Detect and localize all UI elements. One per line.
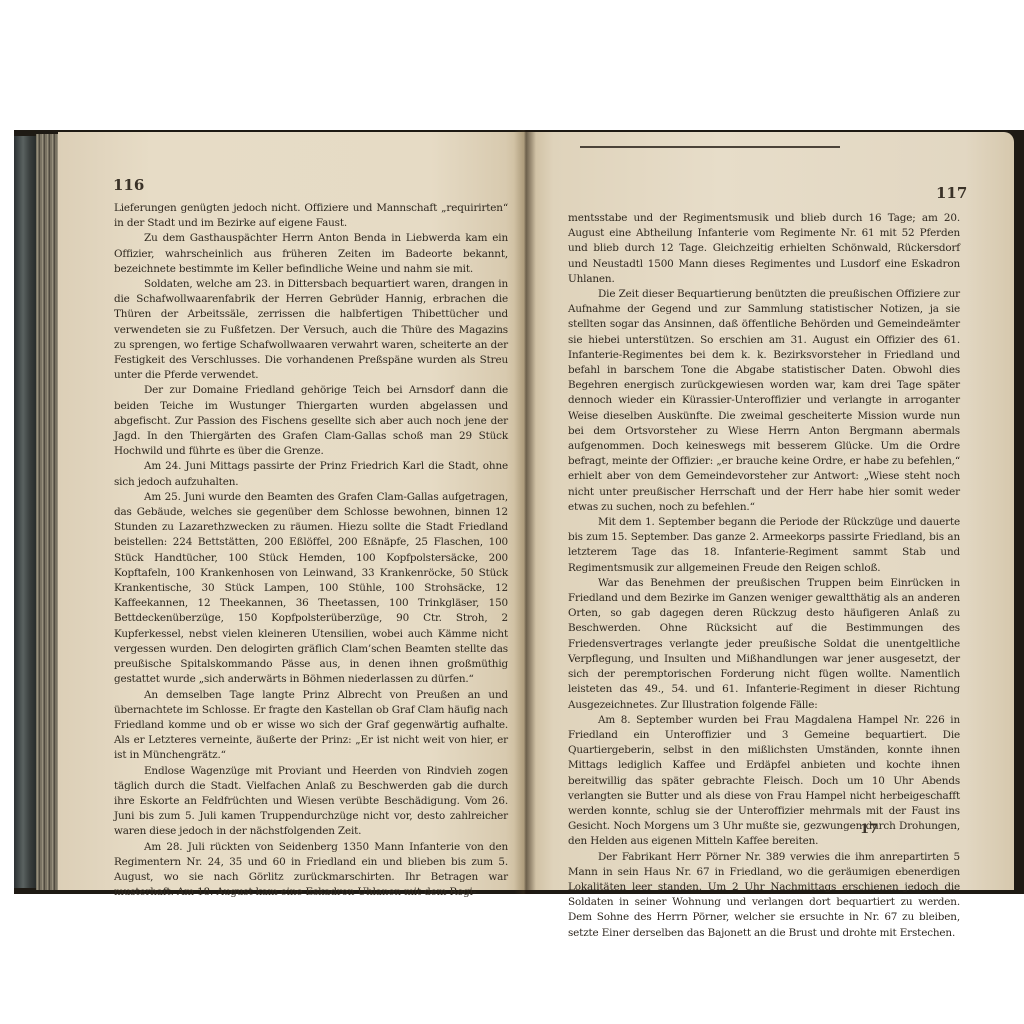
paragraph: Die Zeit dieser Bequartierung benützten … [568,287,960,515]
paragraph: Am 24. Juni Mittags passirte der Prinz F… [114,459,508,489]
open-book: 116 Lieferungen genügten jedoch nicht. O… [14,130,1024,894]
paragraph: Zu dem Gasthauspächter Herrn Anton Benda… [114,231,508,277]
paragraph: An demselben Tage langte Prinz Albrecht … [114,688,508,764]
paragraph: mentsstabe und der Regimentsmusik und bl… [568,211,960,287]
right-page-body: mentsstabe und der Regimentsmusik und bl… [568,211,960,941]
paragraph: Soldaten, welche am 23. in Dittersbach b… [114,277,508,383]
left-page-body: Lieferungen genügten jedoch nicht. Offiz… [114,201,508,900]
paragraph: Der Fabrikant Herr Pörner Nr. 389 verwie… [568,850,960,941]
signature-mark: 17 [860,822,878,837]
paragraph: Lieferungen genügten jedoch nicht. Offiz… [114,201,508,231]
paragraph: Am 25. Juni wurde den Beamten des Grafen… [114,490,508,688]
paragraph: Endlose Wagenzüge mit Proviant und Heerd… [114,764,508,840]
paragraph: Der zur Domaine Friedland gehörige Teich… [114,383,508,459]
left-page: 116 Lieferungen genügten jedoch nicht. O… [58,132,524,890]
paragraph: Am 28. Juli rückten von Seidenberg 1350 … [114,840,508,901]
paragraph: Am 8. September wurden bei Frau Magdalen… [568,713,960,850]
page-number-right: 117 [936,184,967,202]
right-page: 117 mentsstabe und der Regimentsmusik un… [524,132,1014,890]
paragraph: War das Benehmen der preußischen Truppen… [568,576,960,713]
page-number-left: 116 [113,176,144,194]
paragraph: Mit dem 1. September begann die Periode … [568,515,960,576]
header-rule [580,146,840,148]
